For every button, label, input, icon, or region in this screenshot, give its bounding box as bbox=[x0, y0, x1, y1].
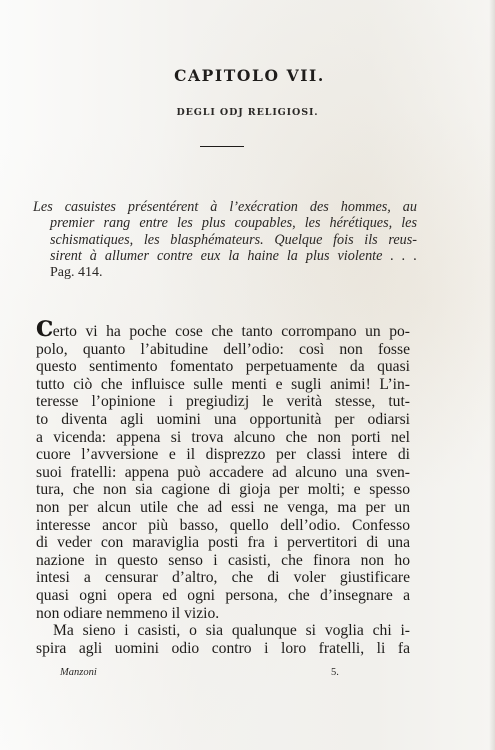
signature-mark-number: 5. bbox=[331, 667, 339, 678]
body-line: tutto ciò che influisce sulle menti e su… bbox=[36, 376, 410, 394]
chapter-body: Certo vi ha poche cose che tanto corromp… bbox=[36, 320, 410, 657]
body-line: to diventa agli uomini una opportunità p… bbox=[36, 411, 410, 429]
body-line: tura, che non sia cagione di gioja per m… bbox=[36, 481, 410, 499]
body-line: teresse l’opinione i pregiudizj le verit… bbox=[36, 393, 410, 411]
epigraph-page-reference: Pag. 414. bbox=[33, 265, 417, 281]
body-line: polo, quanto l’abitudine dell’odio: così… bbox=[36, 341, 410, 359]
body-line: interesse ancor più basso, quello dell’o… bbox=[36, 517, 410, 535]
body-line: non per alcun utile che ad essi ne venga… bbox=[36, 499, 410, 517]
chapter-title: CAPITOLO VII. bbox=[0, 66, 495, 85]
book-page: CAPITOLO VII. DEGLI ODJ RELIGIOSI. Les c… bbox=[0, 0, 495, 750]
signature-mark-name: Manzoni bbox=[60, 667, 97, 678]
drop-cap: C bbox=[36, 316, 53, 341]
section-divider-rule bbox=[200, 146, 244, 147]
body-line-paragraph-end: non odiare nemmeno il vizio. bbox=[36, 605, 410, 623]
body-line-first: Certo vi ha poche cose che tanto corromp… bbox=[36, 320, 410, 341]
body-line: quasi ogni opera ed ogni persona, che d’… bbox=[36, 587, 410, 605]
epigraph-line: Les casuistes présentérent à l’exécratio… bbox=[33, 199, 417, 215]
epigraph-line: schismatiques, les blasphémateurs. Quelq… bbox=[33, 232, 417, 248]
body-line: cuore l’avversione e il disprezzo per cl… bbox=[36, 446, 410, 464]
epigraph-line: sirent à allumer contre eux la haine la … bbox=[33, 248, 417, 264]
epigraph-line: premier rang entre les plus coupables, l… bbox=[33, 215, 417, 231]
body-line-text: erto vi ha poche cose che tanto corrompa… bbox=[53, 323, 410, 340]
body-line: intesi a censurar d’altro, che di voler … bbox=[36, 569, 410, 587]
body-line: questo sentimento fomentato perpetuament… bbox=[36, 358, 410, 376]
epigraph: Les casuistes présentérent à l’exécratio… bbox=[33, 199, 417, 281]
body-line: spira agli uomini odio contro i loro fra… bbox=[36, 640, 410, 658]
body-line: nazione in questo senso i casisti, che f… bbox=[36, 552, 410, 570]
body-line-paragraph-start: Ma sieno i casisti, o sia qualunque si v… bbox=[36, 622, 410, 640]
body-line: a vicenda: appena si trova alcuno che no… bbox=[36, 429, 410, 447]
body-line: suoi fratelli: appena può accadere ad al… bbox=[36, 464, 410, 482]
body-line: di veder con maraviglia posti fra i perv… bbox=[36, 534, 410, 552]
chapter-subtitle: DEGLI ODJ RELIGIOSI. bbox=[0, 107, 495, 118]
